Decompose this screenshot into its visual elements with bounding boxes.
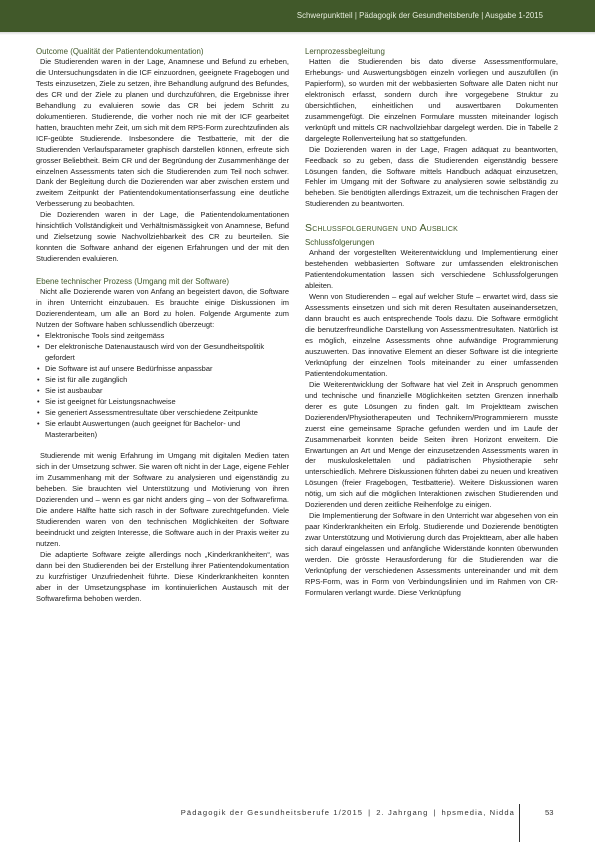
- outcome-heading: Outcome (Qualität der Patientendokumenta…: [36, 46, 289, 57]
- page-number: 53: [545, 808, 553, 817]
- header-band: Schwerpunktteil | Pädagogik der Gesundhe…: [0, 0, 595, 32]
- conclusions-paragraph-2: Wenn von Studierenden – egal auf welcher…: [305, 292, 558, 380]
- footer-divider: [519, 804, 520, 842]
- conclusions-paragraph-1: Anhand der vorgestellten Weiterentwicklu…: [305, 248, 558, 292]
- list-item: Sie ist geeignet für Leistungsnachweise: [36, 397, 289, 408]
- list-item: Sie ist ausbaubar: [36, 386, 289, 397]
- learning-paragraph-2: Die Dozierenden waren in der Lage, Frage…: [305, 145, 558, 211]
- process-paragraph-3: Die adaptierte Software zeigte allerding…: [36, 550, 289, 605]
- arguments-list: Elektronische Tools sind zeitgemäss Der …: [36, 331, 289, 441]
- list-item: Die Software ist auf unsere Bedürfnisse …: [36, 364, 289, 375]
- learning-paragraph-1: Hatten die Studierenden bis dato diverse…: [305, 57, 558, 145]
- footer-separator: |: [368, 808, 371, 817]
- footer-publisher: hpsmedia, Nidda: [442, 808, 516, 817]
- conclusions-paragraph-3: Die Weiterentwicklung der Software hat v…: [305, 380, 558, 511]
- conclusions-paragraph-4: Die Implementierung der Software in den …: [305, 511, 558, 599]
- learning-heading: Lernprozessbegleitung: [305, 46, 558, 57]
- outcome-paragraph-1: Die Studierenden waren in der Lage, Anam…: [36, 57, 289, 210]
- process-paragraph-2: Studierende mit wenig Erfahrung im Umgan…: [36, 451, 289, 550]
- list-item: Sie erlaubt Auswertungen (auch geeignet …: [36, 419, 289, 441]
- footer-journal: Pädagogik der Gesundheitsberufe 1/2015: [181, 808, 363, 817]
- footer-separator: |: [433, 808, 436, 817]
- spacer: [36, 440, 289, 451]
- spacer: [305, 210, 558, 221]
- running-title: Schwerpunktteil | Pädagogik der Gesundhe…: [297, 11, 543, 20]
- outcome-paragraph-2: Die Dozierenden waren in der Lage, die P…: [36, 210, 289, 265]
- process-paragraph-1: Nicht alle Dozierende waren von Anfang a…: [36, 287, 289, 331]
- header-shadow: [0, 32, 595, 35]
- left-column: Outcome (Qualität der Patientendokumenta…: [36, 46, 289, 605]
- spacer: [36, 265, 289, 276]
- list-item: Sie ist für alle zugänglich: [36, 375, 289, 386]
- right-column: Lernprozessbegleitung Hatten die Studier…: [305, 46, 558, 599]
- footer-volume: 2. Jahrgang: [376, 808, 428, 817]
- list-item: Sie generiert Assessmentresultate über v…: [36, 408, 289, 419]
- list-item: Elektronische Tools sind zeitgemäss: [36, 331, 289, 342]
- conclusions-heading: Schlussfolgerungen: [305, 237, 558, 248]
- footer: Pädagogik der Gesundheitsberufe 1/2015|2…: [0, 808, 515, 817]
- section-title: Schlussfolgerungen und Ausblick: [305, 221, 558, 235]
- process-heading: Ebene technischer Prozess (Umgang mit de…: [36, 276, 289, 287]
- list-item: Der elektronische Datenaustausch wird vo…: [36, 342, 289, 364]
